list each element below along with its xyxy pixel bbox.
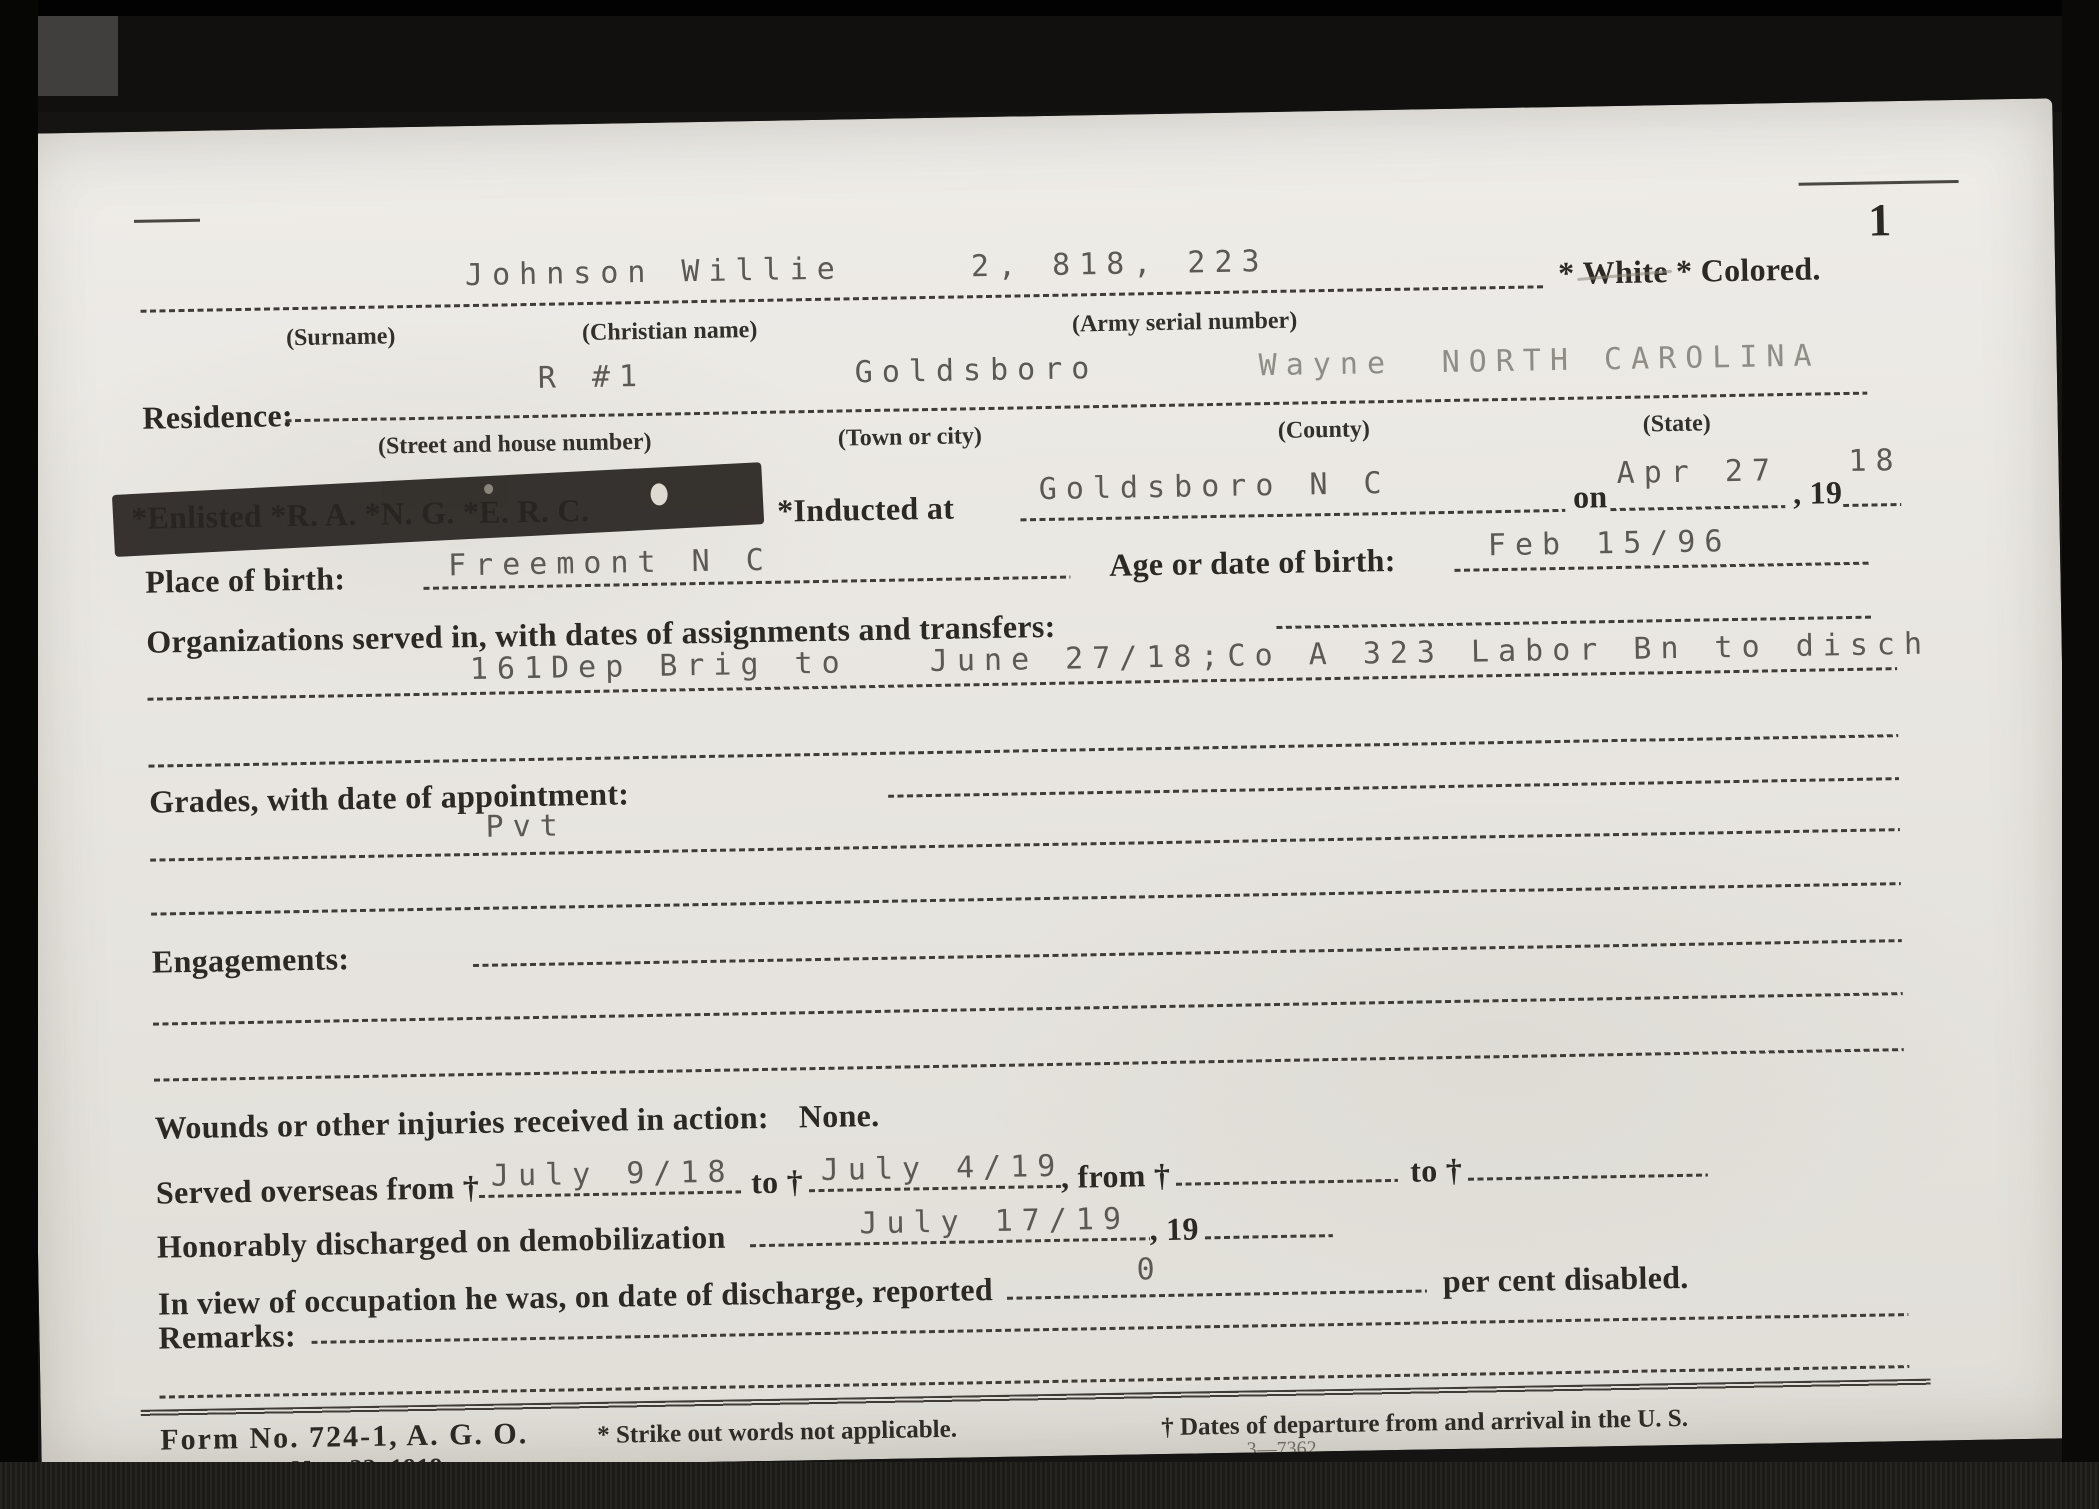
wounds-label: Wounds or other injuries received in act…	[155, 1099, 770, 1146]
film-edge-bottom	[0, 1462, 2099, 1509]
redaction-speck	[484, 484, 493, 494]
film-edge-right	[2062, 0, 2099, 1509]
overseas-to2-label: to †	[1410, 1152, 1462, 1189]
inducted-at-label: *Inducted at	[777, 490, 955, 530]
caption-town: (Town or city)	[838, 423, 982, 453]
place-of-birth-value: Freemont N C	[448, 543, 773, 584]
discharge-year-blank	[1204, 1195, 1333, 1239]
overseas-label: Served overseas from †	[156, 1169, 480, 1211]
grade-value: Pvt	[485, 808, 567, 844]
caption-street: (Street and house number)	[378, 429, 652, 461]
engagements-label: Engagements:	[152, 940, 350, 980]
disability-suffix: per cent disabled.	[1443, 1259, 1689, 1299]
residence-label: Residence:	[142, 397, 293, 437]
race-option-white: White	[1582, 253, 1668, 291]
overseas-to-label: to †	[751, 1163, 803, 1200]
scanner-background	[0, 0, 2099, 112]
dotted-rule	[1276, 616, 1871, 629]
name-value: Johnson Willie	[465, 251, 844, 293]
year-19-label: , 19	[1793, 474, 1843, 512]
service-record-card: 1 Johnson Willie 2, 818, 223 * White * C…	[18, 98, 2075, 1473]
residence-town-value: Goldsboro	[854, 351, 1098, 390]
dotted-rule	[312, 1313, 1909, 1344]
dotted-rule	[153, 992, 1903, 1026]
residence-state-value: NORTH CAROLINA	[1441, 338, 1820, 380]
overseas-to2-blank	[1468, 1135, 1709, 1181]
dotted-rule	[1610, 505, 1785, 511]
film-edge-top	[0, 0, 2099, 16]
footnote-dagger: † Dates of departure from and arrival in…	[1161, 1405, 1688, 1442]
serial-value: 2, 818, 223	[971, 244, 1269, 284]
residence-county-value: Wayne	[1258, 346, 1394, 383]
race-prefix: *	[1558, 255, 1583, 291]
induction-year-value: 18	[1848, 443, 1903, 479]
overseas-from2-label: , from †	[1061, 1157, 1171, 1195]
overseas-from2-blank	[1176, 1140, 1399, 1186]
disability-percent-blank: 0	[1006, 1250, 1427, 1299]
dotted-rule	[1454, 562, 1870, 572]
discharge-label: Honorably discharged on demobilization	[157, 1219, 726, 1265]
discharge-date-value: July 17/19	[859, 1202, 1130, 1242]
caption-christian-name: (Christian name)	[582, 317, 758, 347]
caption-state: (State)	[1643, 410, 1711, 438]
dotted-rule	[150, 828, 1900, 862]
race-option-colored: * Colored.	[1667, 250, 1821, 289]
dotted-rule	[1843, 503, 1901, 507]
top-right-mark	[1799, 180, 1959, 186]
overseas-to-blank: July 4/19	[808, 1146, 1061, 1192]
residence-street-value: R #1	[538, 359, 647, 396]
dotted-rule	[285, 392, 1867, 423]
age-label: Age or date of birth:	[1109, 542, 1396, 584]
caption-surname: (Surname)	[286, 323, 396, 352]
redaction-speck	[650, 483, 668, 506]
disability-percent-value: 0	[1136, 1252, 1164, 1287]
dotted-rule	[151, 882, 1901, 916]
age-value: Feb 15/96	[1488, 524, 1732, 563]
film-edge-left	[0, 0, 38, 1509]
caption-army-serial: (Army serial number)	[1072, 308, 1298, 339]
disability-label: In view of occupation he was, on date of…	[158, 1271, 994, 1322]
discharge-year-label: , 19	[1149, 1210, 1199, 1247]
race-selector: * White * Colored.	[1558, 250, 1821, 292]
redaction-bar	[112, 462, 764, 557]
wounds-value: None.	[799, 1097, 880, 1134]
place-of-birth-label: Place of birth:	[145, 560, 346, 600]
overseas-to-value: July 4/19	[820, 1149, 1064, 1188]
scanned-card-photo: 1 Johnson Willie 2, 818, 223 * White * C…	[0, 0, 2099, 1509]
overseas-from-value: July 9/18	[491, 1155, 735, 1194]
remarks-label: Remarks:	[158, 1317, 296, 1356]
form-number: Form No. 724-1, A. G. O.	[160, 1417, 529, 1457]
dotted-rule	[154, 1048, 1904, 1082]
overseas-from-blank: July 9/18	[479, 1151, 742, 1198]
on-label: on	[1573, 478, 1608, 516]
dotted-rule	[473, 939, 1902, 967]
dotted-rule	[1020, 509, 1565, 522]
induction-date-value: Apr 27	[1616, 453, 1779, 491]
dotted-rule	[141, 285, 1546, 313]
inducted-place-value: Goldsboro N C	[1039, 466, 1391, 507]
caption-county: (County)	[1278, 416, 1370, 445]
dotted-rule	[148, 734, 1898, 768]
page-number: 1	[1868, 193, 1892, 246]
footnote-strike-out: * Strike out words not applicable.	[597, 1416, 957, 1450]
discharge-date-blank: July 17/19	[749, 1198, 1150, 1247]
top-left-mark	[134, 219, 200, 223]
dotted-rule	[888, 777, 1899, 798]
print-code: 3—7362	[1246, 1437, 1316, 1461]
